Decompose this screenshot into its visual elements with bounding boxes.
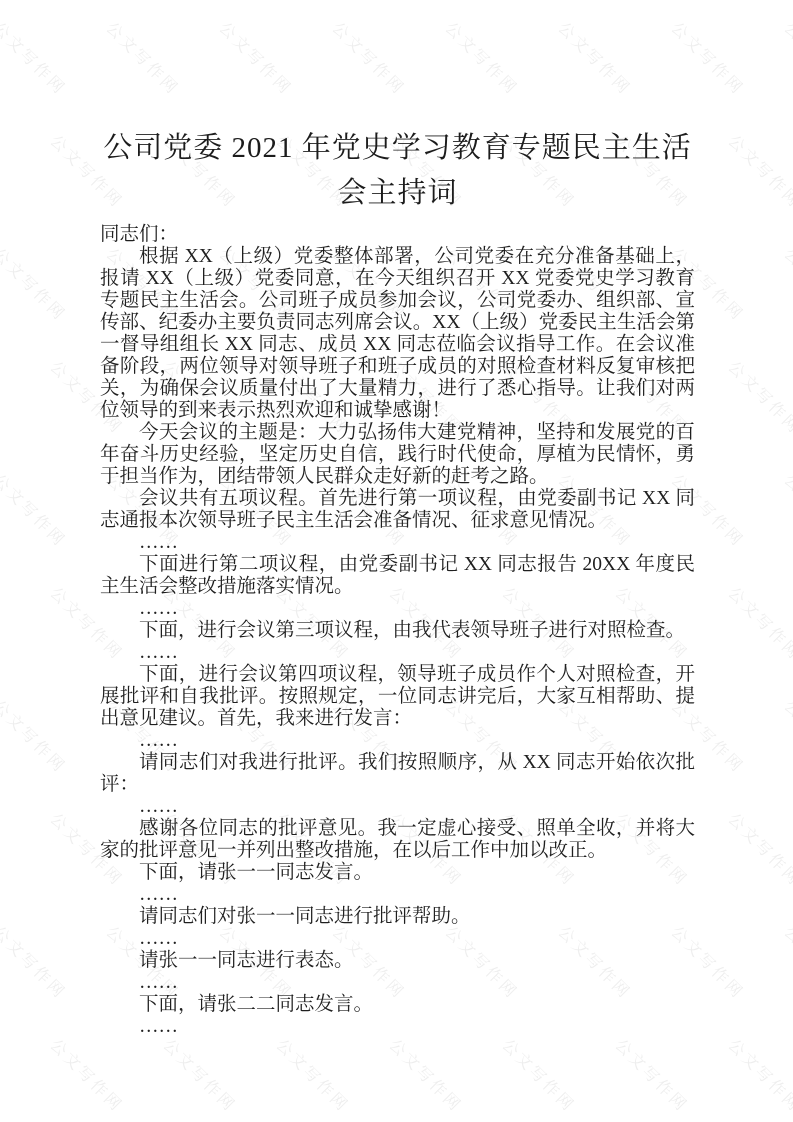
- ellipsis-line: ……: [100, 532, 695, 554]
- ellipsis-line: ……: [100, 928, 695, 950]
- paragraph: 下面，进行会议第四项议程，领导班子成员作个人对照检查，开展批评和自我批评。按照规…: [100, 664, 695, 730]
- paragraph: 请同志们对我进行批评。我们按照顺序，从 XX 同志开始依次批评：: [100, 752, 695, 796]
- paragraph: 会议共有五项议程。首先进行第一项议程，由党委副书记 XX 同志通报本次领导班子民…: [100, 488, 695, 532]
- paragraph: 下面进行第二项议程，由党委副书记 XX 同志报告 20XX 年度民主生活会整改措…: [100, 554, 695, 598]
- document-title-line-1: 公司党委 2021 年党史学习教育专题民主生活: [100, 126, 695, 171]
- paragraph: 下面，请张二二同志发言。: [100, 994, 695, 1016]
- paragraph: 请张一一同志进行表态。: [100, 950, 695, 972]
- paragraph: 下面，请张一一同志发言。: [100, 862, 695, 884]
- watermark-text: 公文写作网: [46, 1033, 129, 1116]
- ellipsis-line: ……: [100, 598, 695, 620]
- document-title-line-2: 会主持词: [100, 171, 695, 216]
- watermark-text: 公文写作网: [272, 1033, 355, 1116]
- document-content: 公司党委 2021 年党史学习教育专题民主生活 会主持词 同志们： 根据 XX（…: [0, 0, 793, 1038]
- ellipsis-line: ……: [100, 884, 695, 906]
- watermark-text: 公文写作网: [159, 1033, 242, 1116]
- document-page: 公文写作网公文写作网公文写作网公文写作网公文写作网公文写作网公文写作网公文写作网…: [0, 0, 793, 1122]
- ellipsis-line: ……: [100, 972, 695, 994]
- watermark-text: 公文写作网: [385, 1033, 468, 1116]
- paragraph: 下面，进行会议第三项议程，由我代表领导班子进行对照检查。: [100, 620, 695, 642]
- paragraph: 根据 XX（上级）党委整体部署，公司党委在充分准备基础上，报请 XX（上级）党委…: [100, 246, 695, 422]
- ellipsis-line: ……: [100, 730, 695, 752]
- paragraph: 感谢各位同志的批评意见。我一定虚心接受、照单全收，并将大家的批评意见一并列出整改…: [100, 818, 695, 862]
- paragraph: 今天会议的主题是：大力弘扬伟大建党精神，坚持和发展党的百年奋斗历史经验，坚定历史…: [100, 422, 695, 488]
- watermark-text: 公文写作网: [611, 1033, 694, 1116]
- document-body: 同志们： 根据 XX（上级）党委整体部署，公司党委在充分准备基础上，报请 XX（…: [100, 224, 695, 1038]
- ellipsis-line: ……: [100, 1016, 695, 1038]
- salutation: 同志们：: [100, 224, 695, 246]
- ellipsis-line: ……: [100, 796, 695, 818]
- ellipsis-line: ……: [100, 642, 695, 664]
- watermark-text: 公文写作网: [724, 1033, 793, 1116]
- paragraph: 请同志们对张一一同志进行批评帮助。: [100, 906, 695, 928]
- document-title: 公司党委 2021 年党史学习教育专题民主生活 会主持词: [100, 126, 695, 216]
- watermark-text: 公文写作网: [498, 1033, 581, 1116]
